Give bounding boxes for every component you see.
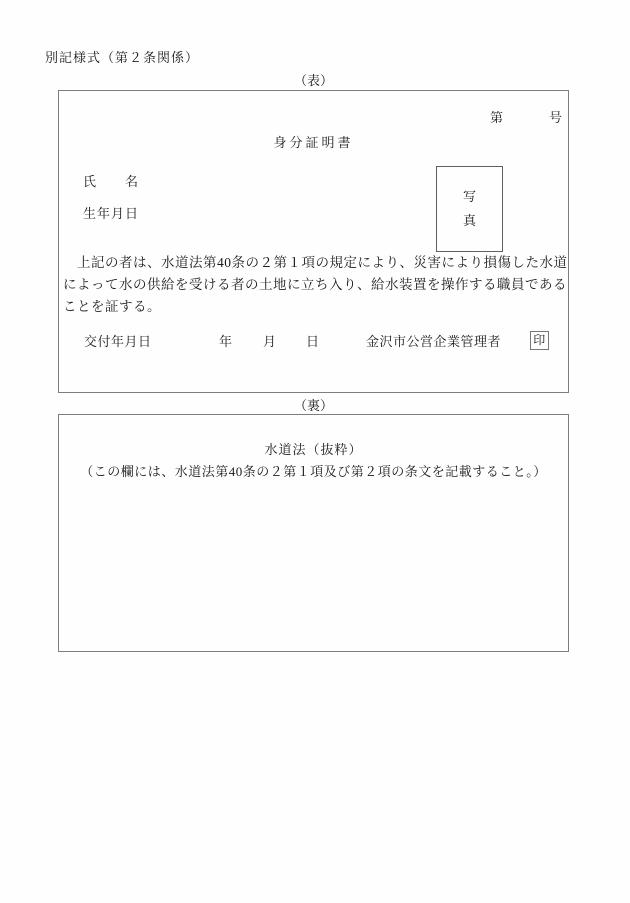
certificate-title: 身分証明書 [59, 132, 568, 151]
certificate-number-suffix: 号 [549, 107, 562, 126]
birthdate-field-label: 生年月日 [83, 203, 139, 222]
photo-box: 写 真 [436, 166, 503, 252]
name-field-label: 氏 名 [83, 171, 139, 190]
year-label: 年 [219, 331, 233, 350]
front-side-label: （表） [58, 70, 569, 89]
document-page: 別記様式（第２条関係） （表） 第 号 身分証明書 氏 名 生年月日 写 真 上… [0, 0, 630, 903]
body-line-3: ことを証する。 [63, 296, 565, 318]
back-note: （この欄には、水道法第40条の２第１項及び第２項の条文を記載すること。） [59, 461, 568, 480]
day-label: 日 [306, 331, 320, 350]
back-side-label: （裏） [58, 395, 569, 414]
issue-row: 交付年月日 年 月 日 金沢市公営企業管理者 印 [59, 331, 568, 351]
body-paragraph: 上記の者は、水道法第40条の２第１項の規定により、災害により損傷した水道 によっ… [63, 252, 565, 318]
photo-label-char-1: 写 [463, 185, 476, 209]
body-line-2: によって水の供給を受ける者の土地に立ち入り、給水装置を操作する職員である [63, 274, 565, 296]
back-heading: 水道法（抜粋） [59, 439, 568, 458]
issue-date-label: 交付年月日 [84, 331, 152, 350]
photo-label-char-2: 真 [463, 209, 476, 233]
front-sheet: 第 号 身分証明書 氏 名 生年月日 写 真 上記の者は、水道法第40条の２第１… [58, 90, 569, 393]
form-note: 別記様式（第２条関係） [45, 47, 199, 66]
certificate-number-prefix: 第 [490, 107, 503, 126]
back-sheet: 水道法（抜粋） （この欄には、水道法第40条の２第１項及び第２項の条文を記載する… [58, 414, 569, 652]
certificate-number-row: 第 号 [490, 107, 562, 126]
issuer-name: 金沢市公営企業管理者 [366, 331, 501, 350]
seal-mark: 印 [530, 331, 549, 350]
body-line-1: 上記の者は、水道法第40条の２第１項の規定により、災害により損傷した水道 [63, 252, 565, 274]
month-label: 月 [263, 331, 277, 350]
